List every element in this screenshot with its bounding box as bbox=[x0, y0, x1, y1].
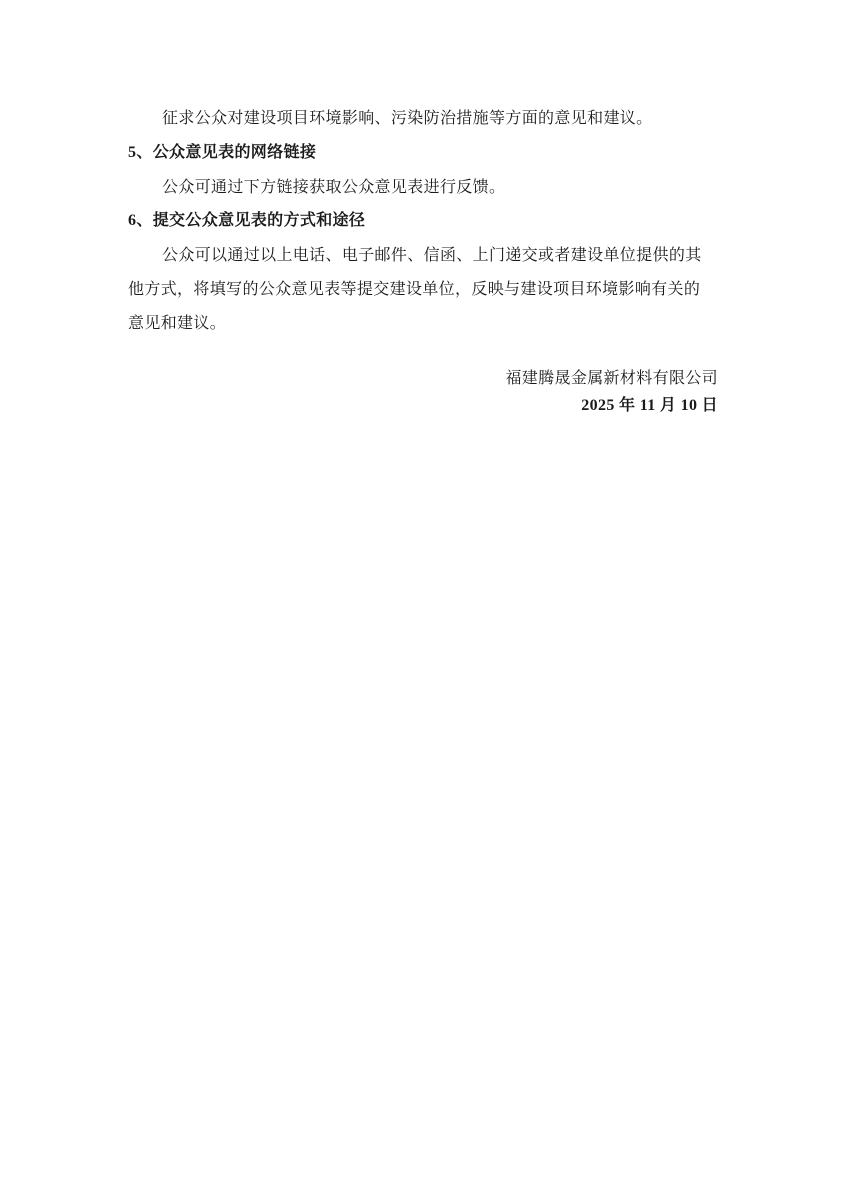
signature-organization: 福建腾晟金属新材料有限公司 bbox=[505, 368, 718, 388]
intro-paragraph: 征求公众对建设项目环境影响、污染防治措施等方面的意见和建议。 bbox=[162, 108, 653, 128]
section-number: 6、 bbox=[128, 212, 153, 229]
signature-date: 2025 年 11 月 10 日 bbox=[581, 396, 718, 416]
section-number: 5、 bbox=[128, 144, 153, 161]
section-6-body-line-3: 意见和建议。 bbox=[128, 313, 226, 333]
document-page: 征求公众对建设项目环境影响、污染防治措施等方面的意见和建议。 5、公众意见表的网… bbox=[0, 0, 848, 1200]
section-6-heading: 6、提交公众意见表的方式和途径 bbox=[128, 211, 365, 231]
section-5-heading: 5、公众意见表的网络链接 bbox=[128, 143, 316, 163]
section-6-body-line-2: 他方式，将填写的公众意见表等提交建设单位，反映与建设项目环境影响有关的 bbox=[128, 279, 700, 299]
section-5-body: 公众可通过下方链接获取公众意见表进行反馈。 bbox=[162, 177, 505, 197]
section-6-body-line-1: 公众可以通过以上电话、电子邮件、信函、上门递交或者建设单位提供的其 bbox=[162, 245, 702, 265]
section-title: 提交公众意见表的方式和途径 bbox=[153, 212, 366, 229]
section-title: 公众意见表的网络链接 bbox=[153, 144, 317, 161]
